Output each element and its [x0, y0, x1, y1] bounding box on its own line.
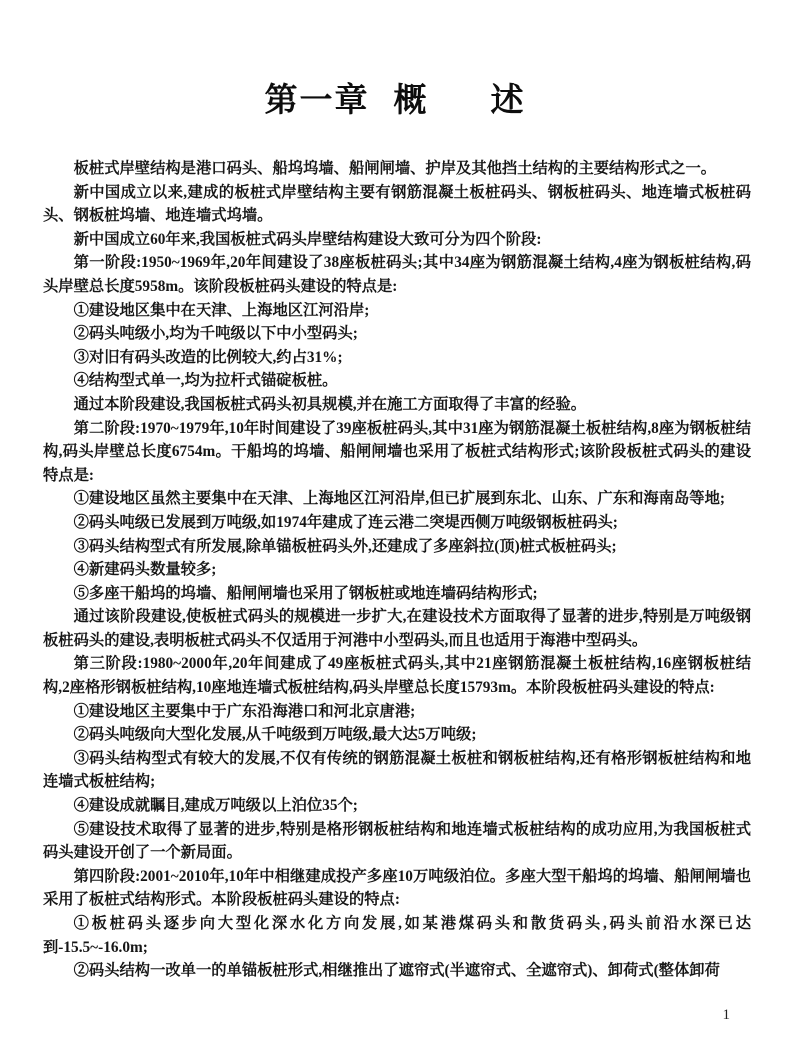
chapter-number: 第一章 — [265, 83, 370, 119]
paragraph: ④建设成就瞩目,建成万吨级以上泊位35个; — [43, 794, 751, 818]
paragraph: ①板桩码头逐步向大型化深水化方向发展,如某港煤码头和散货码头,码头前沿水深已达到… — [43, 912, 751, 959]
paragraph: 第二阶段:1970~1979年,10年时间建设了39座板桩码头,其中31座为钢筋… — [43, 417, 751, 488]
paragraph: ④新建码头数量较多; — [43, 558, 751, 582]
paragraph: 新中国成立以来,建成的板桩式岸壁结构主要有钢筋混凝土板桩码头、钢板桩码头、地连墙… — [43, 181, 751, 228]
paragraph: 通过本阶段建设,我国板桩式码头初具规模,并在施工方面取得了丰富的经验。 — [43, 393, 751, 417]
paragraph: 第四阶段:2001~2010年,10年中相继建成投产多座10万吨级泊位。多座大型… — [43, 865, 751, 912]
paragraph: ①建设地区主要集中于广东沿海港口和河北京唐港; — [43, 700, 751, 724]
paragraph: 通过该阶段建设,使板桩式码头的规模进一步扩大,在建设技术方面取得了显著的进步,特… — [43, 605, 751, 652]
paragraph: ③码头结构型式有所发展,除单锚板桩码头外,还建成了多座斜拉(顶)桩式板桩码头; — [43, 535, 751, 559]
paragraph: 板桩式岸壁结构是港口码头、船坞坞墙、船闸闸墙、护岸及其他挡土结构的主要结构形式之… — [43, 157, 751, 181]
paragraph: 第一阶段:1950~1969年,20年间建设了38座板桩码头;其中34座为钢筋混… — [43, 251, 751, 298]
paragraph: ④结构型式单一,均为拉杆式锚碇板桩。 — [43, 369, 751, 393]
paragraph: ①建设地区虽然主要集中在天津、上海地区江河沿岸,但已扩展到东北、山东、广东和海南… — [43, 487, 751, 511]
paragraph: ②码头结构一改单一的单锚板桩形式,相继推出了遮帘式(半遮帘式、全遮帘式)、卸荷式… — [43, 959, 751, 983]
book-page: 第一章概述 板桩式岸壁结构是港口码头、船坞坞墙、船闸闸墙、护岸及其他挡土结构的主… — [0, 0, 790, 1062]
chapter-title-word-1: 概 — [394, 83, 429, 119]
body-text: 板桩式岸壁结构是港口码头、船坞坞墙、船闸闸墙、护岸及其他挡土结构的主要结构形式之… — [43, 157, 751, 983]
paragraph: ③对旧有码头改造的比例较大,约占31%; — [43, 346, 751, 370]
chapter-title: 第一章概述 — [0, 74, 790, 121]
chapter-title-word-2: 述 — [491, 83, 526, 119]
paragraph: ②码头吨级向大型化发展,从千吨级到万吨级,最大达5万吨级; — [43, 723, 751, 747]
paragraph: ③码头结构型式有较大的发展,不仅有传统的钢筋混凝土板桩和钢板桩结构,还有格形钢板… — [43, 747, 751, 794]
paragraph: 新中国成立60年来,我国板桩式码头岸壁结构建设大致可分为四个阶段: — [43, 228, 751, 252]
paragraph: ⑤建设技术取得了显著的进步,特别是格形钢板桩结构和地连墙式板桩结构的成功应用,为… — [43, 818, 751, 865]
paragraph: ②码头吨级已发展到万吨级,如1974年建成了连云港二突堤西侧万吨级钢板桩码头; — [43, 511, 751, 535]
paragraph: ②码头吨级小,均为千吨级以下中小型码头; — [43, 322, 751, 346]
paragraph: ⑤多座干船坞的坞墙、船闸闸墙也采用了钢板桩或地连墙码结构形式; — [43, 582, 751, 606]
page-number: 1 — [723, 1007, 731, 1024]
paragraph: ①建设地区集中在天津、上海地区江河沿岸; — [43, 299, 751, 323]
paragraph: 第三阶段:1980~2000年,20年间建成了49座板桩式码头,其中21座钢筋混… — [43, 652, 751, 699]
